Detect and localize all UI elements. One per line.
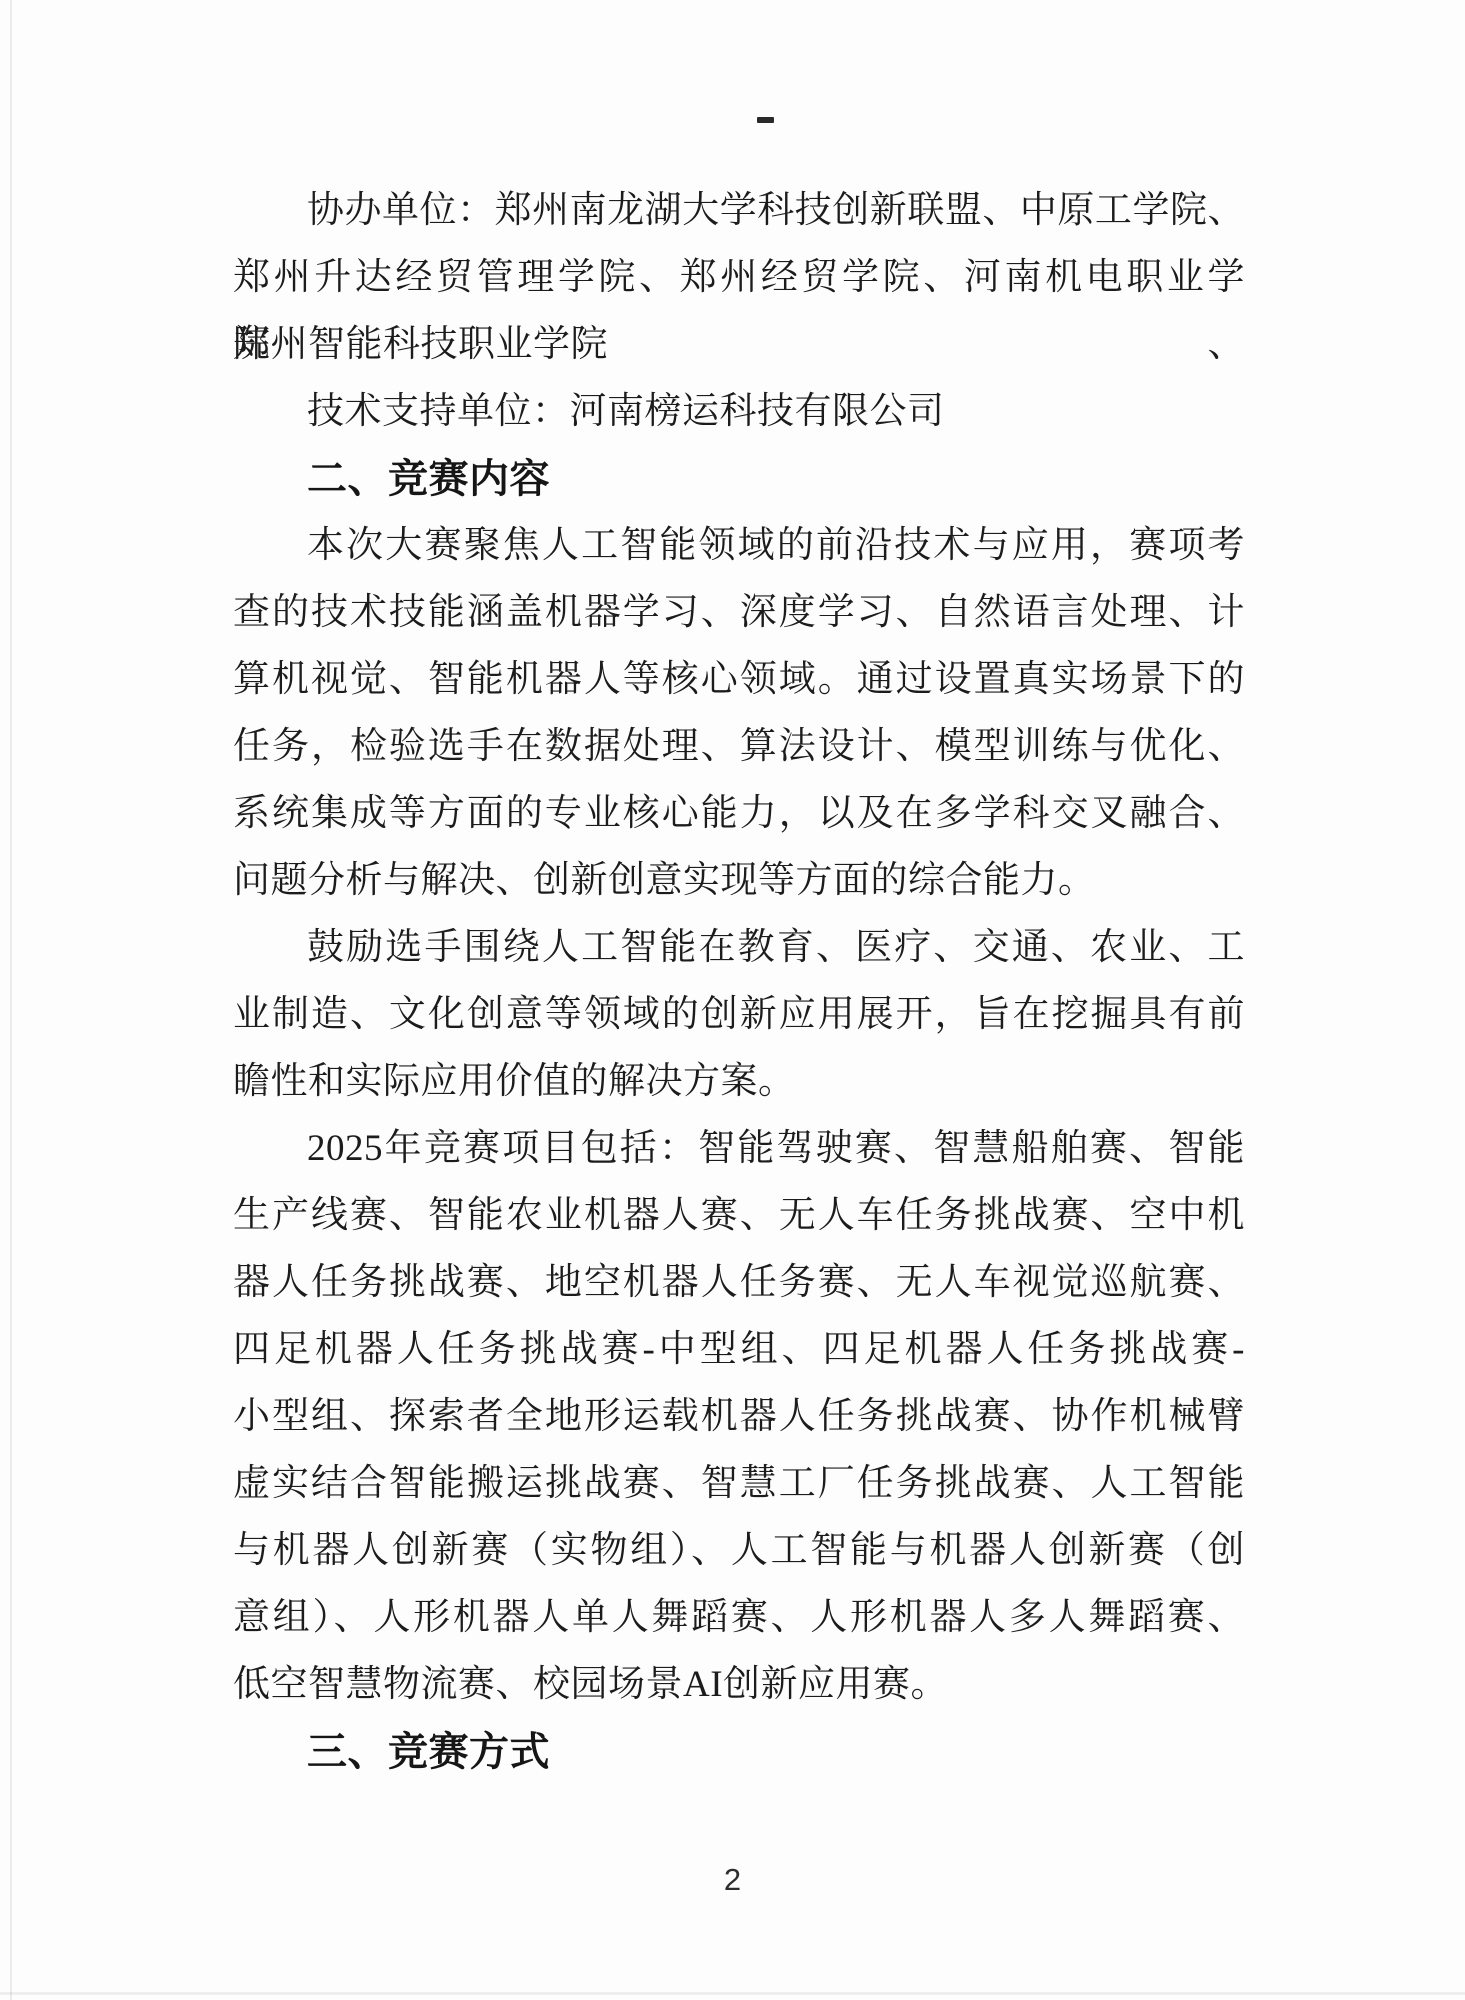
scan-artifact-dash-mark [757,117,774,123]
text-line: 与机器人创新赛（实物组）、人工智能与机器人创新赛（创 [233,1517,1245,1584]
section-heading: 二、竞赛内容 [233,445,1245,512]
section-heading: 三、竞赛方式 [233,1718,1245,1785]
page-number: 2 [0,1862,1465,1898]
scan-artifact-bottom-line [0,1992,1465,1995]
text-line: 郑州升达经贸管理学院、郑州经贸学院、河南机电职业学院、 [233,244,1245,311]
text-line: 任务，检验选手在数据处理、算法设计、模型训练与优化、 [233,713,1245,780]
text-line: 2025年竞赛项目包括：智能驾驶赛、智慧船舶赛、智能 [233,1115,1245,1182]
text-line: 器人任务挑战赛、地空机器人任务赛、无人车视觉巡航赛、 [233,1249,1245,1316]
text-line: 生产线赛、智能农业机器人赛、无人车任务挑战赛、空中机 [233,1182,1245,1249]
document-body: 协办单位：郑州南龙湖大学科技创新联盟、中原工学院、郑州升达经贸管理学院、郑州经贸… [233,177,1245,1785]
scan-artifact-left-line [10,0,12,2000]
text-line: 技术支持单位：河南榜运科技有限公司 [233,378,1245,445]
text-line: 本次大赛聚焦人工智能领域的前沿技术与应用，赛项考 [233,512,1245,579]
text-line: 瞻性和实际应用价值的解决方案。 [233,1048,1245,1115]
text-line: 系统集成等方面的专业核心能力，以及在多学科交叉融合、 [233,780,1245,847]
text-line: 小型组、探索者全地形运载机器人任务挑战赛、协作机械臂 [233,1383,1245,1450]
text-line: 协办单位：郑州南龙湖大学科技创新联盟、中原工学院、 [233,177,1245,244]
text-line: 算机视觉、智能机器人等核心领域。通过设置真实场景下的 [233,646,1245,713]
text-line: 鼓励选手围绕人工智能在教育、医疗、交通、农业、工 [233,914,1245,981]
text-line: 业制造、文化创意等领域的创新应用展开，旨在挖掘具有前 [233,981,1245,1048]
text-line: 意组）、人形机器人单人舞蹈赛、人形机器人多人舞蹈赛、 [233,1584,1245,1651]
text-line: 虚实结合智能搬运挑战赛、智慧工厂任务挑战赛、人工智能 [233,1450,1245,1517]
document-page: 协办单位：郑州南龙湖大学科技创新联盟、中原工学院、郑州升达经贸管理学院、郑州经贸… [0,0,1465,2000]
text-line: 查的技术技能涵盖机器学习、深度学习、自然语言处理、计 [233,579,1245,646]
text-line: 低空智慧物流赛、校园场景AI创新应用赛。 [233,1651,1245,1718]
text-line: 问题分析与解决、创新创意实现等方面的综合能力。 [233,847,1245,914]
text-line: 四足机器人任务挑战赛-中型组、四足机器人任务挑战赛- [233,1316,1245,1383]
